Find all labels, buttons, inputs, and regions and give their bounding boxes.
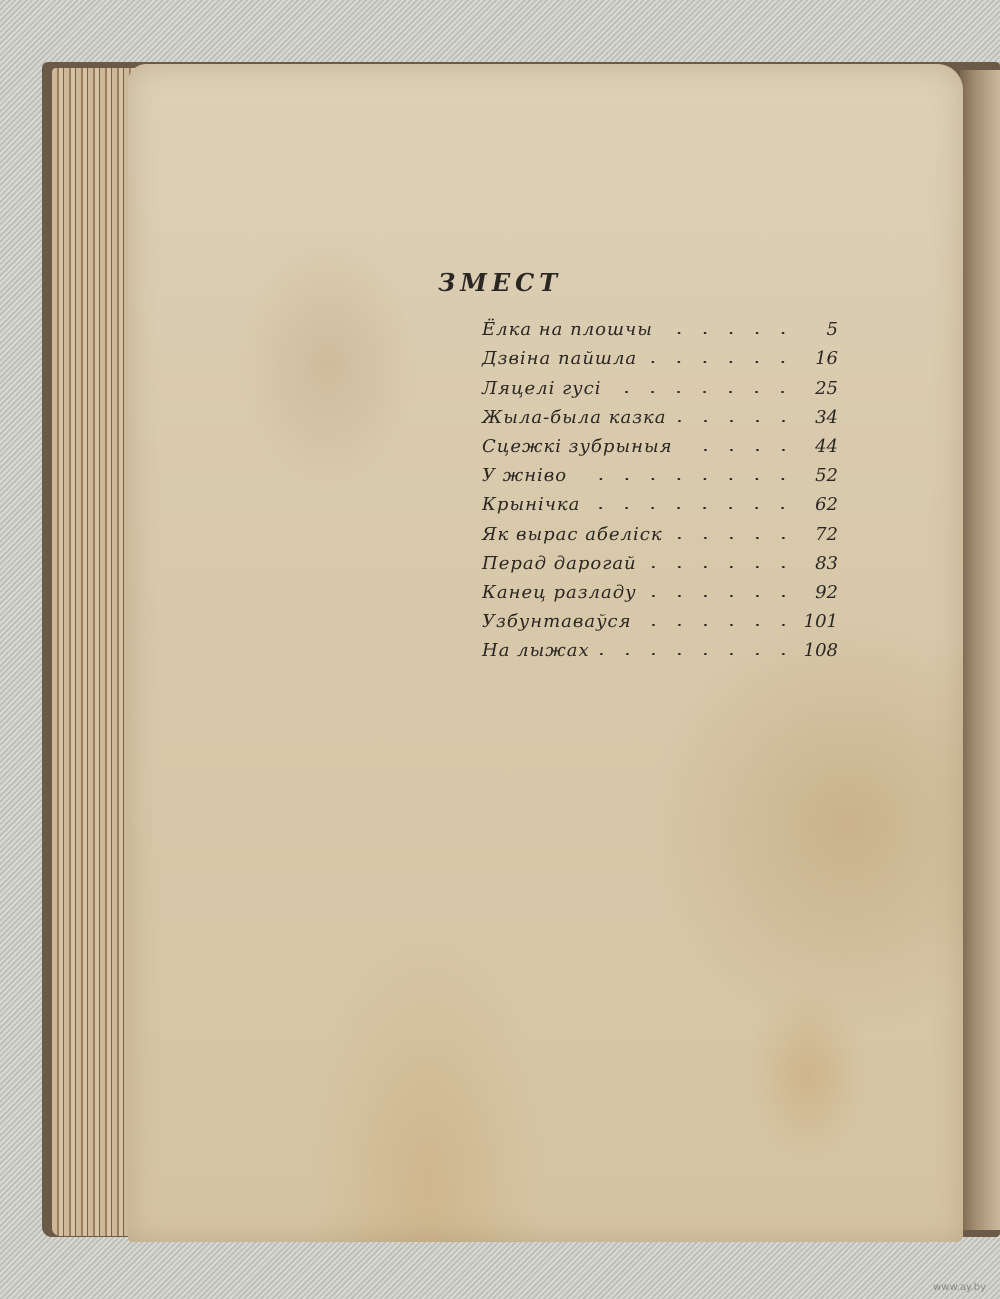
toc-entry-page: 34 [802,407,838,428]
toc-entry: Перад дарогай 83 [438,545,838,574]
toc-entry-title: Ёлка на плошчы [482,319,653,340]
toc-entry: Дзвіна пайшла 16 [438,340,838,369]
dot-leader [673,537,796,539]
toc-entry-page: 72 [802,524,838,545]
toc-entry-title: Дзвіна пайшла [482,348,637,369]
dot-leader [677,420,797,422]
dot-leader [647,361,796,363]
toc-entry-title: У жніво [482,465,567,486]
toc-entry-title: Перад дарогай [482,553,637,574]
toc-entry-page: 44 [802,436,838,457]
dot-leader [663,332,796,334]
toc-entry-page: 83 [802,553,838,574]
toc-entry-page: 52 [802,465,838,486]
toc-entry-title: Канец разладу [482,582,637,603]
dot-leader [683,449,796,451]
toc-title: ЗМЕСТ [438,268,838,297]
toc-entry-page: 25 [802,378,838,399]
toc-entry: На лыжах 108 [438,632,838,661]
toc-entry: Сцежкі зубрыныя 44 [438,428,838,457]
toc-entry-title: Крынічка [482,494,580,515]
dot-leader [577,478,796,480]
toc-entry: Крынічка 62 [438,486,838,515]
facing-page-edge [960,70,1000,1230]
toc-entry-title: Узбунтаваўся [482,611,632,632]
dot-leader [642,624,796,626]
dot-leader [647,566,796,568]
table-of-contents: ЗМЕСТ Ёлка на плошчы 5 Дзвіна пайшла 16 … [438,268,838,661]
toc-entry-page: 5 [802,319,838,340]
toc-entry: Узбунтаваўся 101 [438,603,838,632]
toc-entry: Жыла-была казка 34 [438,399,838,428]
toc-entry-page: 101 [802,611,838,632]
dot-leader [611,391,796,393]
toc-entry: У жніво 52 [438,457,838,486]
toc-entry-page: 108 [802,640,838,661]
toc-entry: Як вырас абеліск 72 [438,515,838,544]
toc-entry-title: Як вырас абеліск [482,524,663,545]
toc-entry-page: 92 [802,582,838,603]
toc-entry-title: Жыла-была казка [482,407,667,428]
toc-entry-page: 16 [802,348,838,369]
watermark: www.ay.by [933,1282,986,1293]
toc-entry: Канец разладу 92 [438,574,838,603]
toc-entry: Ляцелі гусі 25 [438,369,838,398]
toc-entry-title: Ляцелі гусі [482,378,601,399]
toc-entry-title: Сцежкі зубрыныя [482,436,673,457]
dot-leader [600,653,796,655]
toc-entry: Ёлка на плошчы 5 [438,311,838,340]
toc-entry-title: На лыжах [482,640,590,661]
toc-entry-page: 62 [802,494,838,515]
dot-leader [590,507,796,509]
dot-leader [647,595,796,597]
